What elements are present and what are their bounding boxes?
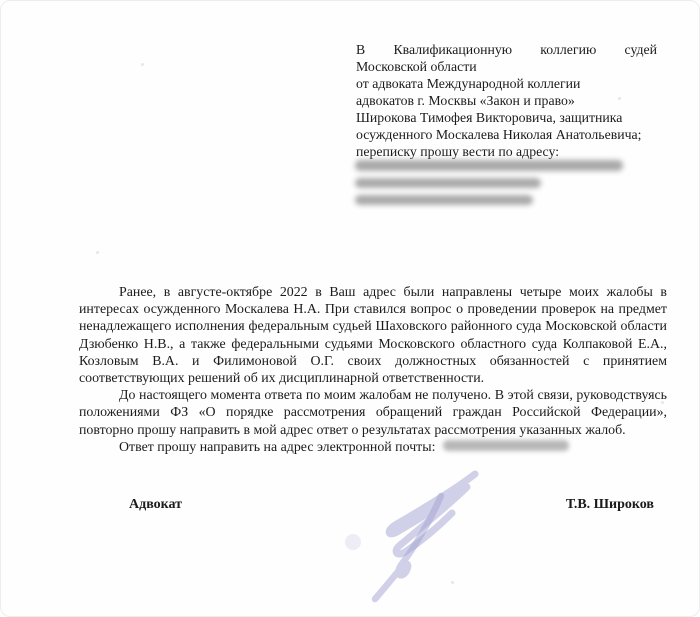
recipient-header-line: Московской области xyxy=(356,58,657,75)
scan-speck xyxy=(96,251,99,254)
email-line: Ответ прошу направить на адрес электронн… xyxy=(79,439,667,456)
ink-blot xyxy=(345,534,361,550)
signature-row: Адвокат Т.В. Широков xyxy=(129,497,654,513)
recipient-header-line: адвокатов г. Москвы «Закон и право» xyxy=(356,92,657,109)
redacted-address-line xyxy=(355,195,533,205)
body-paragraph: До настоящего момента ответа по моим жал… xyxy=(79,387,667,439)
handwritten-signature xyxy=(331,453,501,613)
recipient-header-line: от адвоката Международной коллегии xyxy=(356,75,657,92)
recipient-header-line: осужденного Москалева Николая Анатольеви… xyxy=(356,126,657,143)
redacted-email xyxy=(443,440,569,451)
body-paragraph: Ранее, в августе-октябре 2022 в Ваш адре… xyxy=(79,284,667,387)
signer-name: Т.В. Широков xyxy=(566,497,654,513)
recipient-header-line: переписку прошу вести по адресу: xyxy=(356,143,657,160)
redacted-address-block xyxy=(355,160,623,205)
letter-body: Ранее, в августе-октябре 2022 в Ваш адре… xyxy=(79,284,667,456)
scan-speck xyxy=(451,581,454,584)
scanned-letter-page: В Квалификационную коллегию судей Москов… xyxy=(0,0,700,617)
recipient-header-line: В Квалификационную коллегию судей xyxy=(356,41,657,58)
scan-speck xyxy=(618,97,621,100)
recipient-header-line: Широкова Тимофея Викторовича, защитника xyxy=(356,109,657,126)
redacted-address-line xyxy=(355,160,623,171)
recipient-header: В Квалификационную коллегию судей Москов… xyxy=(356,41,657,160)
email-line-label: Ответ прошу направить на адрес электронн… xyxy=(119,440,435,455)
scan-speck xyxy=(141,63,144,66)
scan-speck xyxy=(661,401,664,404)
signer-role: Адвокат xyxy=(129,497,182,513)
redacted-address-line xyxy=(355,178,541,188)
